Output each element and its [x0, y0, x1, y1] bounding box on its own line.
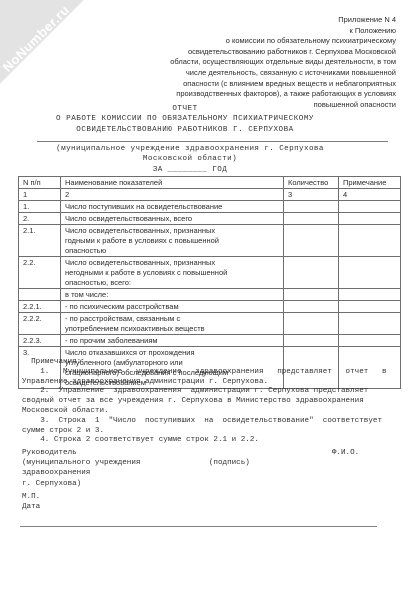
column-header: Количество — [284, 177, 339, 189]
quantity-cell — [284, 289, 339, 301]
row-number-cell: 2.2.1. — [19, 301, 61, 313]
signature-block: Руководитель Ф.И.О. (муниципального учре… — [22, 448, 359, 489]
note-cell — [339, 289, 401, 301]
indicator-name-cell: Число поступивших на освидетельствование — [61, 201, 284, 213]
row-number-cell: 2.2.3. — [19, 335, 61, 347]
row-number-cell: 2.1. — [19, 225, 61, 257]
note-cell — [339, 313, 401, 335]
table-row: 2.1.Число освидетельствованных, признанн… — [19, 225, 401, 257]
column-number-cell: 4 — [339, 189, 401, 201]
appendix-header: Приложение N 4 к Положению о комиссии по… — [96, 15, 396, 110]
column-number-cell: 1 — [19, 189, 61, 201]
report-title: ОТЧЕТ О РАБОТЕ КОМИССИИ ПО ОБЯЗАТЕЛЬНОМУ… — [20, 104, 350, 135]
column-header: Примечание — [339, 177, 401, 189]
table-row: 2.2.3.- по прочим заболеваниям — [19, 335, 401, 347]
column-number-cell: 2 — [61, 189, 284, 201]
quantity-cell — [284, 301, 339, 313]
row-number-cell: 1. — [19, 201, 61, 213]
document-page: NoNumber.ru Приложение N 4 к Положению о… — [0, 0, 420, 600]
quantity-cell — [284, 257, 339, 289]
quantity-cell — [284, 213, 339, 225]
column-number-row: 1234 — [19, 189, 401, 201]
quantity-cell — [284, 335, 339, 347]
note-cell — [339, 257, 401, 289]
table-row: 2.2.2.- по расстройствам, связанным с уп… — [19, 313, 401, 335]
quantity-cell — [284, 225, 339, 257]
table-row: 2.Число освидетельствованных, всего — [19, 213, 401, 225]
note-cell — [339, 301, 401, 313]
note-cell — [339, 213, 401, 225]
indicator-name-cell: в том числе: — [61, 289, 284, 301]
indicator-name-cell: Число освидетельствованных, признанных н… — [61, 257, 284, 289]
table-row: 2.2.Число освидетельствованных, признанн… — [19, 257, 401, 289]
note-cell — [339, 335, 401, 347]
column-header: N п/п — [19, 177, 61, 189]
column-number-cell: 3 — [284, 189, 339, 201]
watermark-text: NoNumber.ru — [0, 0, 87, 90]
table-row: 1.Число поступивших на освидетельствован… — [19, 201, 401, 213]
report-table-body: N п/пНаименование показателейКоличествоП… — [19, 177, 401, 389]
row-number-cell: 2. — [19, 213, 61, 225]
note-cell — [339, 201, 401, 213]
indicator-name-cell: - по психическим расстройствам — [61, 301, 284, 313]
notes-block: Примечания: 1. Муниципальное учреждение … — [22, 358, 387, 446]
indicator-name-cell: Число освидетельствованных, признанных г… — [61, 225, 284, 257]
stamp-date-block: М.П. Дата — [22, 492, 40, 512]
row-number-cell — [19, 289, 61, 301]
organization-line: (муниципальное учреждение здравоохранени… — [20, 144, 360, 175]
indicator-name-cell: Число освидетельствованных, всего — [61, 213, 284, 225]
indicator-name-cell: - по расстройствам, связанным с употребл… — [61, 313, 284, 335]
title-underline — [37, 141, 388, 142]
indicator-name-cell: - по прочим заболеваниям — [61, 335, 284, 347]
quantity-cell — [284, 313, 339, 335]
note-cell — [339, 225, 401, 257]
row-number-cell: 2.2. — [19, 257, 61, 289]
bottom-rule — [20, 526, 377, 527]
quantity-cell — [284, 201, 339, 213]
column-header: Наименование показателей — [61, 177, 284, 189]
table-header-row: N п/пНаименование показателейКоличествоП… — [19, 177, 401, 189]
table-row: 2.2.1.- по психическим расстройствам — [19, 301, 401, 313]
row-number-cell: 2.2.2. — [19, 313, 61, 335]
table-row: в том числе: — [19, 289, 401, 301]
